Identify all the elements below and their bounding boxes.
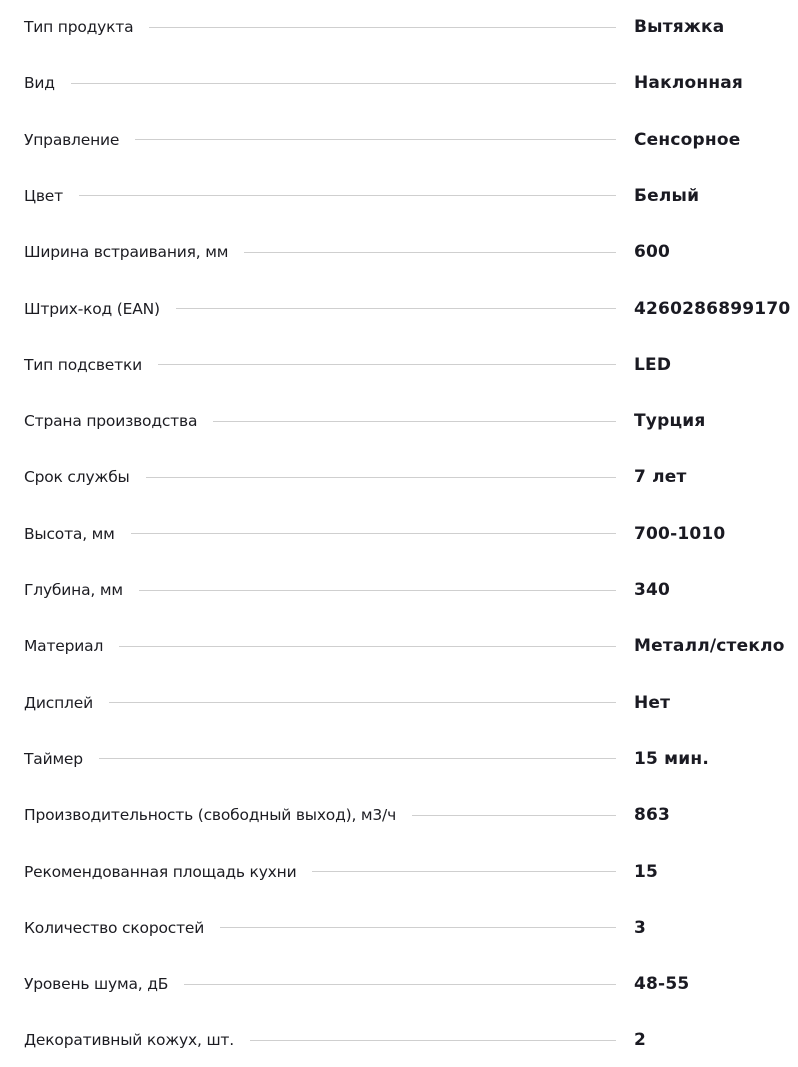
spec-value: 7 лет [634, 467, 687, 487]
spec-row-4: Цвет Белый [0, 181, 798, 211]
spec-value-container: 600 [616, 242, 798, 262]
spec-label: Материал [0, 637, 119, 655]
spec-value-container: Нет [616, 693, 798, 713]
spec-value: 3 [634, 918, 646, 938]
spec-value-container: 700-1010 [616, 524, 798, 544]
spec-label: Уровень шума, дБ [0, 975, 184, 993]
spec-leader-line [244, 252, 616, 253]
spec-row-18: Уровень шума, дБ 48-55 [0, 969, 798, 999]
spec-row-17: Количество скоростей 3 [0, 913, 798, 943]
spec-row-1: Тип продукта Вытяжка [0, 12, 798, 42]
spec-value-container: 3 [616, 918, 798, 938]
spec-row-13: Дисплей Нет [0, 688, 798, 718]
spec-leader-line [109, 702, 616, 703]
spec-value: Нет [634, 693, 670, 713]
spec-label: Страна производства [0, 412, 213, 430]
spec-label: Вид [0, 74, 71, 92]
spec-label: Дисплей [0, 694, 109, 712]
spec-row-6: Штрих-код (EAN) 4260286899170 [0, 294, 798, 324]
spec-value: 48-55 [634, 974, 689, 994]
spec-leader-line [312, 871, 616, 872]
spec-value-container: Металл/стекло [616, 636, 798, 656]
spec-value: Металл/стекло [634, 636, 785, 656]
spec-label: Производительность (свободный выход), м3… [0, 806, 412, 824]
spec-leader-line [220, 927, 616, 928]
spec-label: Количество скоростей [0, 919, 220, 937]
spec-leader-line [158, 364, 616, 365]
spec-value: 600 [634, 242, 670, 262]
spec-value-container: LED [616, 355, 798, 375]
spec-label: Срок службы [0, 468, 146, 486]
spec-leader-line [71, 83, 616, 84]
spec-value: 15 [634, 862, 658, 882]
spec-value: 700-1010 [634, 524, 725, 544]
spec-row-3: Управление Сенсорное [0, 125, 798, 155]
spec-value-container: 863 [616, 805, 798, 825]
spec-value: Вытяжка [634, 17, 724, 37]
spec-label: Тип подсветки [0, 356, 158, 374]
spec-value-container: 340 [616, 580, 798, 600]
spec-leader-line [99, 758, 616, 759]
spec-leader-line [176, 308, 616, 309]
spec-value: 15 мин. [634, 749, 709, 769]
spec-value-container: 4260286899170 [616, 299, 798, 319]
spec-value-container: Турция [616, 411, 798, 431]
spec-row-8: Страна производства Турция [0, 406, 798, 436]
spec-value-container: 15 [616, 862, 798, 882]
spec-value-container: 2 [616, 1030, 798, 1050]
spec-label: Ширина встраивания, мм [0, 243, 244, 261]
spec-row-10: Высота, мм 700-1010 [0, 519, 798, 549]
spec-label: Высота, мм [0, 525, 131, 543]
spec-row-9: Срок службы 7 лет [0, 462, 798, 492]
spec-leader-line [149, 27, 616, 28]
spec-leader-line [139, 590, 616, 591]
spec-row-7: Тип подсветки LED [0, 350, 798, 380]
spec-leader-line [184, 984, 616, 985]
spec-leader-line [131, 533, 616, 534]
spec-label: Глубина, мм [0, 581, 139, 599]
spec-leader-line [119, 646, 616, 647]
spec-value: 4260286899170 [634, 299, 790, 319]
spec-leader-line [412, 815, 616, 816]
spec-row-11: Глубина, мм 340 [0, 575, 798, 605]
spec-value-container: Белый [616, 186, 798, 206]
spec-leader-line [135, 139, 616, 140]
spec-value: 2 [634, 1030, 646, 1050]
spec-label: Штрих-код (EAN) [0, 300, 176, 318]
spec-value-container: 48-55 [616, 974, 798, 994]
spec-label: Цвет [0, 187, 79, 205]
spec-row-12: Материал Металл/стекло [0, 631, 798, 661]
spec-value: Наклонная [634, 73, 743, 93]
spec-label: Таймер [0, 750, 99, 768]
spec-value-container: 15 мин. [616, 749, 798, 769]
spec-leader-line [79, 195, 616, 196]
spec-row-16: Рекомендованная площадь кухни 15 [0, 857, 798, 887]
spec-value: 340 [634, 580, 670, 600]
spec-value-container: 7 лет [616, 467, 798, 487]
product-specifications-list: Тип продукта Вытяжка Вид Наклонная Управ… [0, 0, 798, 1067]
spec-label: Рекомендованная площадь кухни [0, 863, 312, 881]
spec-value-container: Сенсорное [616, 130, 798, 150]
spec-row-19: Декоративный кожух, шт. 2 [0, 1025, 798, 1055]
spec-row-5: Ширина встраивания, мм 600 [0, 237, 798, 267]
spec-value: 863 [634, 805, 670, 825]
spec-leader-line [146, 477, 616, 478]
spec-label: Декоративный кожух, шт. [0, 1031, 250, 1049]
spec-row-15: Производительность (свободный выход), м3… [0, 800, 798, 830]
spec-row-2: Вид Наклонная [0, 68, 798, 98]
spec-value-container: Наклонная [616, 73, 798, 93]
spec-value: Белый [634, 186, 699, 206]
spec-leader-line [250, 1040, 616, 1041]
spec-row-14: Таймер 15 мин. [0, 744, 798, 774]
spec-value: Турция [634, 411, 705, 431]
spec-value-container: Вытяжка [616, 17, 798, 37]
spec-value: Сенсорное [634, 130, 740, 150]
spec-label: Управление [0, 131, 135, 149]
spec-value: LED [634, 355, 671, 375]
spec-label: Тип продукта [0, 18, 149, 36]
spec-leader-line [213, 421, 616, 422]
